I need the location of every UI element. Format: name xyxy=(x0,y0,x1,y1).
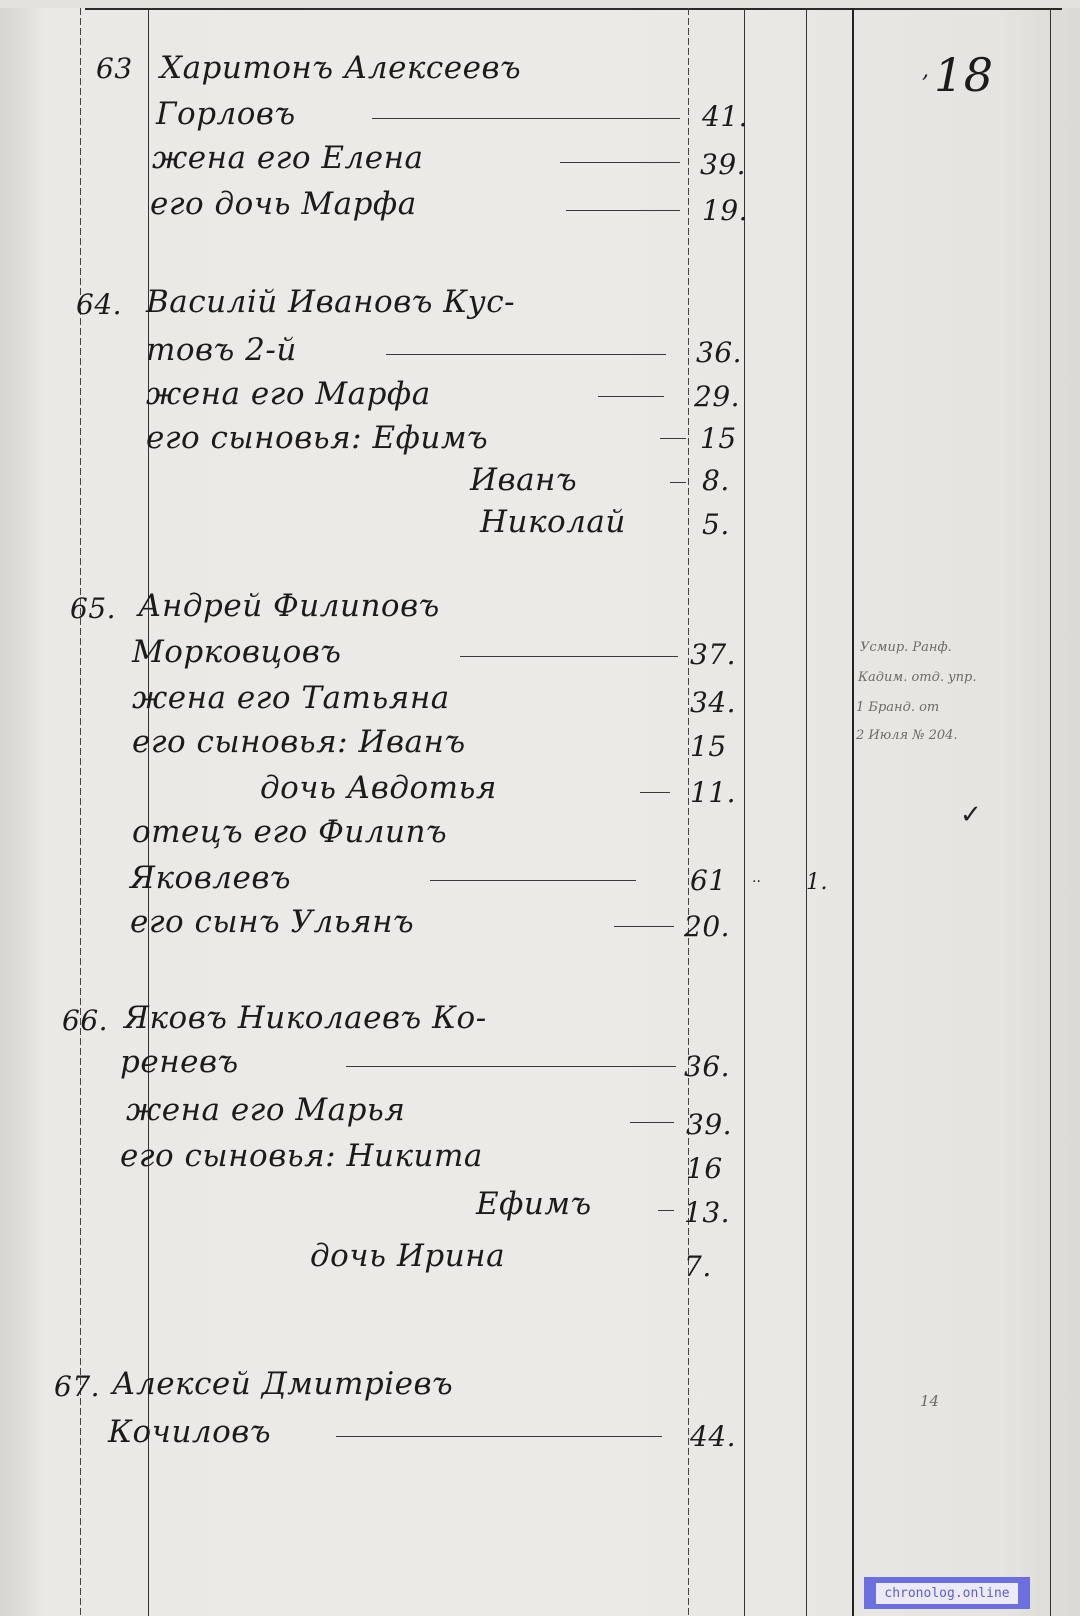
entry-text: товъ 2-й xyxy=(146,332,297,368)
fill-line xyxy=(660,438,686,439)
fill-line xyxy=(372,118,680,119)
entry-text: Морковцовъ xyxy=(132,634,341,670)
right-edge-rule xyxy=(1050,8,1051,1616)
entry-age: 41. xyxy=(702,100,748,133)
entry-text: дочь Ирина xyxy=(310,1238,505,1274)
entry-text: его сынъ Ульянъ xyxy=(130,904,414,940)
entry-age: 39. xyxy=(686,1108,732,1141)
entry-text: Яковъ Николаевъ Ко- xyxy=(124,1000,487,1036)
entry-age: 44. xyxy=(690,1420,736,1453)
entry-age: 15 xyxy=(700,422,737,455)
page-binding-shadow xyxy=(0,0,45,1616)
fill-line xyxy=(346,1066,676,1067)
entry-text: Горловъ xyxy=(156,96,296,132)
table-top-rule xyxy=(85,8,1062,10)
entry-text: Иванъ xyxy=(470,462,577,498)
entry-age: 61 xyxy=(690,864,727,897)
age-column-rule xyxy=(744,8,745,1616)
col3-dots: .. xyxy=(752,870,761,886)
page-number: 18 xyxy=(934,48,994,102)
entry-age: 36. xyxy=(684,1050,730,1083)
margin-note-line: Кадим. отд. упр. xyxy=(858,670,977,685)
entry-text: Яковлевъ xyxy=(130,860,291,896)
fill-line xyxy=(386,354,666,355)
watermark-text: chronolog.online xyxy=(876,1583,1017,1604)
checkmark-icon: ✓ xyxy=(960,800,982,830)
entry-text: дочь Авдотья xyxy=(260,770,497,806)
entry-age: 8. xyxy=(702,464,730,497)
col3-rule xyxy=(806,8,807,1616)
entry-age: 7. xyxy=(684,1250,712,1283)
household-number: 65. xyxy=(70,592,116,625)
corner-pencil-number: 14 xyxy=(920,1392,939,1410)
watermark-badge: chronolog.online xyxy=(864,1577,1030,1609)
household-number: 63 xyxy=(96,52,133,85)
entry-text: жена его Марфа xyxy=(146,376,431,412)
entry-age: 29. xyxy=(694,380,740,413)
fill-line xyxy=(460,656,678,657)
entry-age: 11. xyxy=(690,776,736,809)
entry-age: 37. xyxy=(690,638,736,671)
entry-text: жена его Елена xyxy=(152,140,423,176)
entry-text: Алексей Дмитріевъ xyxy=(112,1366,453,1402)
margin-note-line: 1 Бранд. от xyxy=(856,700,939,715)
entry-text: жена его Татьяна xyxy=(132,680,450,716)
fill-line xyxy=(614,926,674,927)
fill-line xyxy=(566,210,680,211)
entry-age: 5. xyxy=(702,508,730,541)
entry-text: Харитонъ Алексеевъ xyxy=(160,50,521,86)
entry-age: 13. xyxy=(684,1196,730,1229)
fill-line xyxy=(336,1436,662,1437)
entry-text: Кочиловъ xyxy=(108,1414,271,1450)
household-number: 64. xyxy=(76,288,122,321)
entry-text: Андрей Филиповъ xyxy=(138,588,440,624)
fill-line xyxy=(598,396,664,397)
entry-text: его дочь Марфа xyxy=(150,186,417,222)
entry-age: 16 xyxy=(686,1152,723,1185)
entry-age: 34. xyxy=(690,686,736,719)
margin-note-line: Усмир. Ранф. xyxy=(860,640,952,655)
entry-age: 36. xyxy=(696,336,742,369)
fill-line xyxy=(630,1122,674,1123)
col4-rule xyxy=(852,8,854,1616)
entry-text: Василій Ивановъ Кус- xyxy=(146,284,515,320)
entry-age: 19. xyxy=(702,194,748,227)
entry-age: 20. xyxy=(684,910,730,943)
entry-text: его сыновья: Никита xyxy=(120,1138,483,1174)
entry-text: жена его Марья xyxy=(126,1092,405,1128)
fill-line xyxy=(560,162,680,163)
entry-text: Николай xyxy=(480,504,626,540)
fill-line xyxy=(670,482,686,483)
fill-line xyxy=(658,1210,674,1211)
entry-text: его сыновья: Иванъ xyxy=(132,724,466,760)
name-column-rule xyxy=(688,8,689,1616)
fill-line xyxy=(640,792,670,793)
entry-age: 39. xyxy=(700,148,746,181)
col4-value: 1. xyxy=(806,870,828,895)
entry-text: отецъ его Филипъ xyxy=(132,814,447,850)
entry-text: Ефимъ xyxy=(476,1186,592,1222)
fill-line xyxy=(430,880,636,881)
household-number: 66. xyxy=(62,1004,108,1037)
page-top-edge xyxy=(0,0,1080,8)
page-number-prefix: , xyxy=(922,58,930,83)
entry-text: реневъ xyxy=(120,1044,239,1080)
entry-text: его сыновья: Ефимъ xyxy=(146,420,488,456)
margin-note-line: 2 Июля № 204. xyxy=(856,728,958,743)
entry-age: 15 xyxy=(690,730,727,763)
household-number: 67. xyxy=(54,1370,100,1403)
